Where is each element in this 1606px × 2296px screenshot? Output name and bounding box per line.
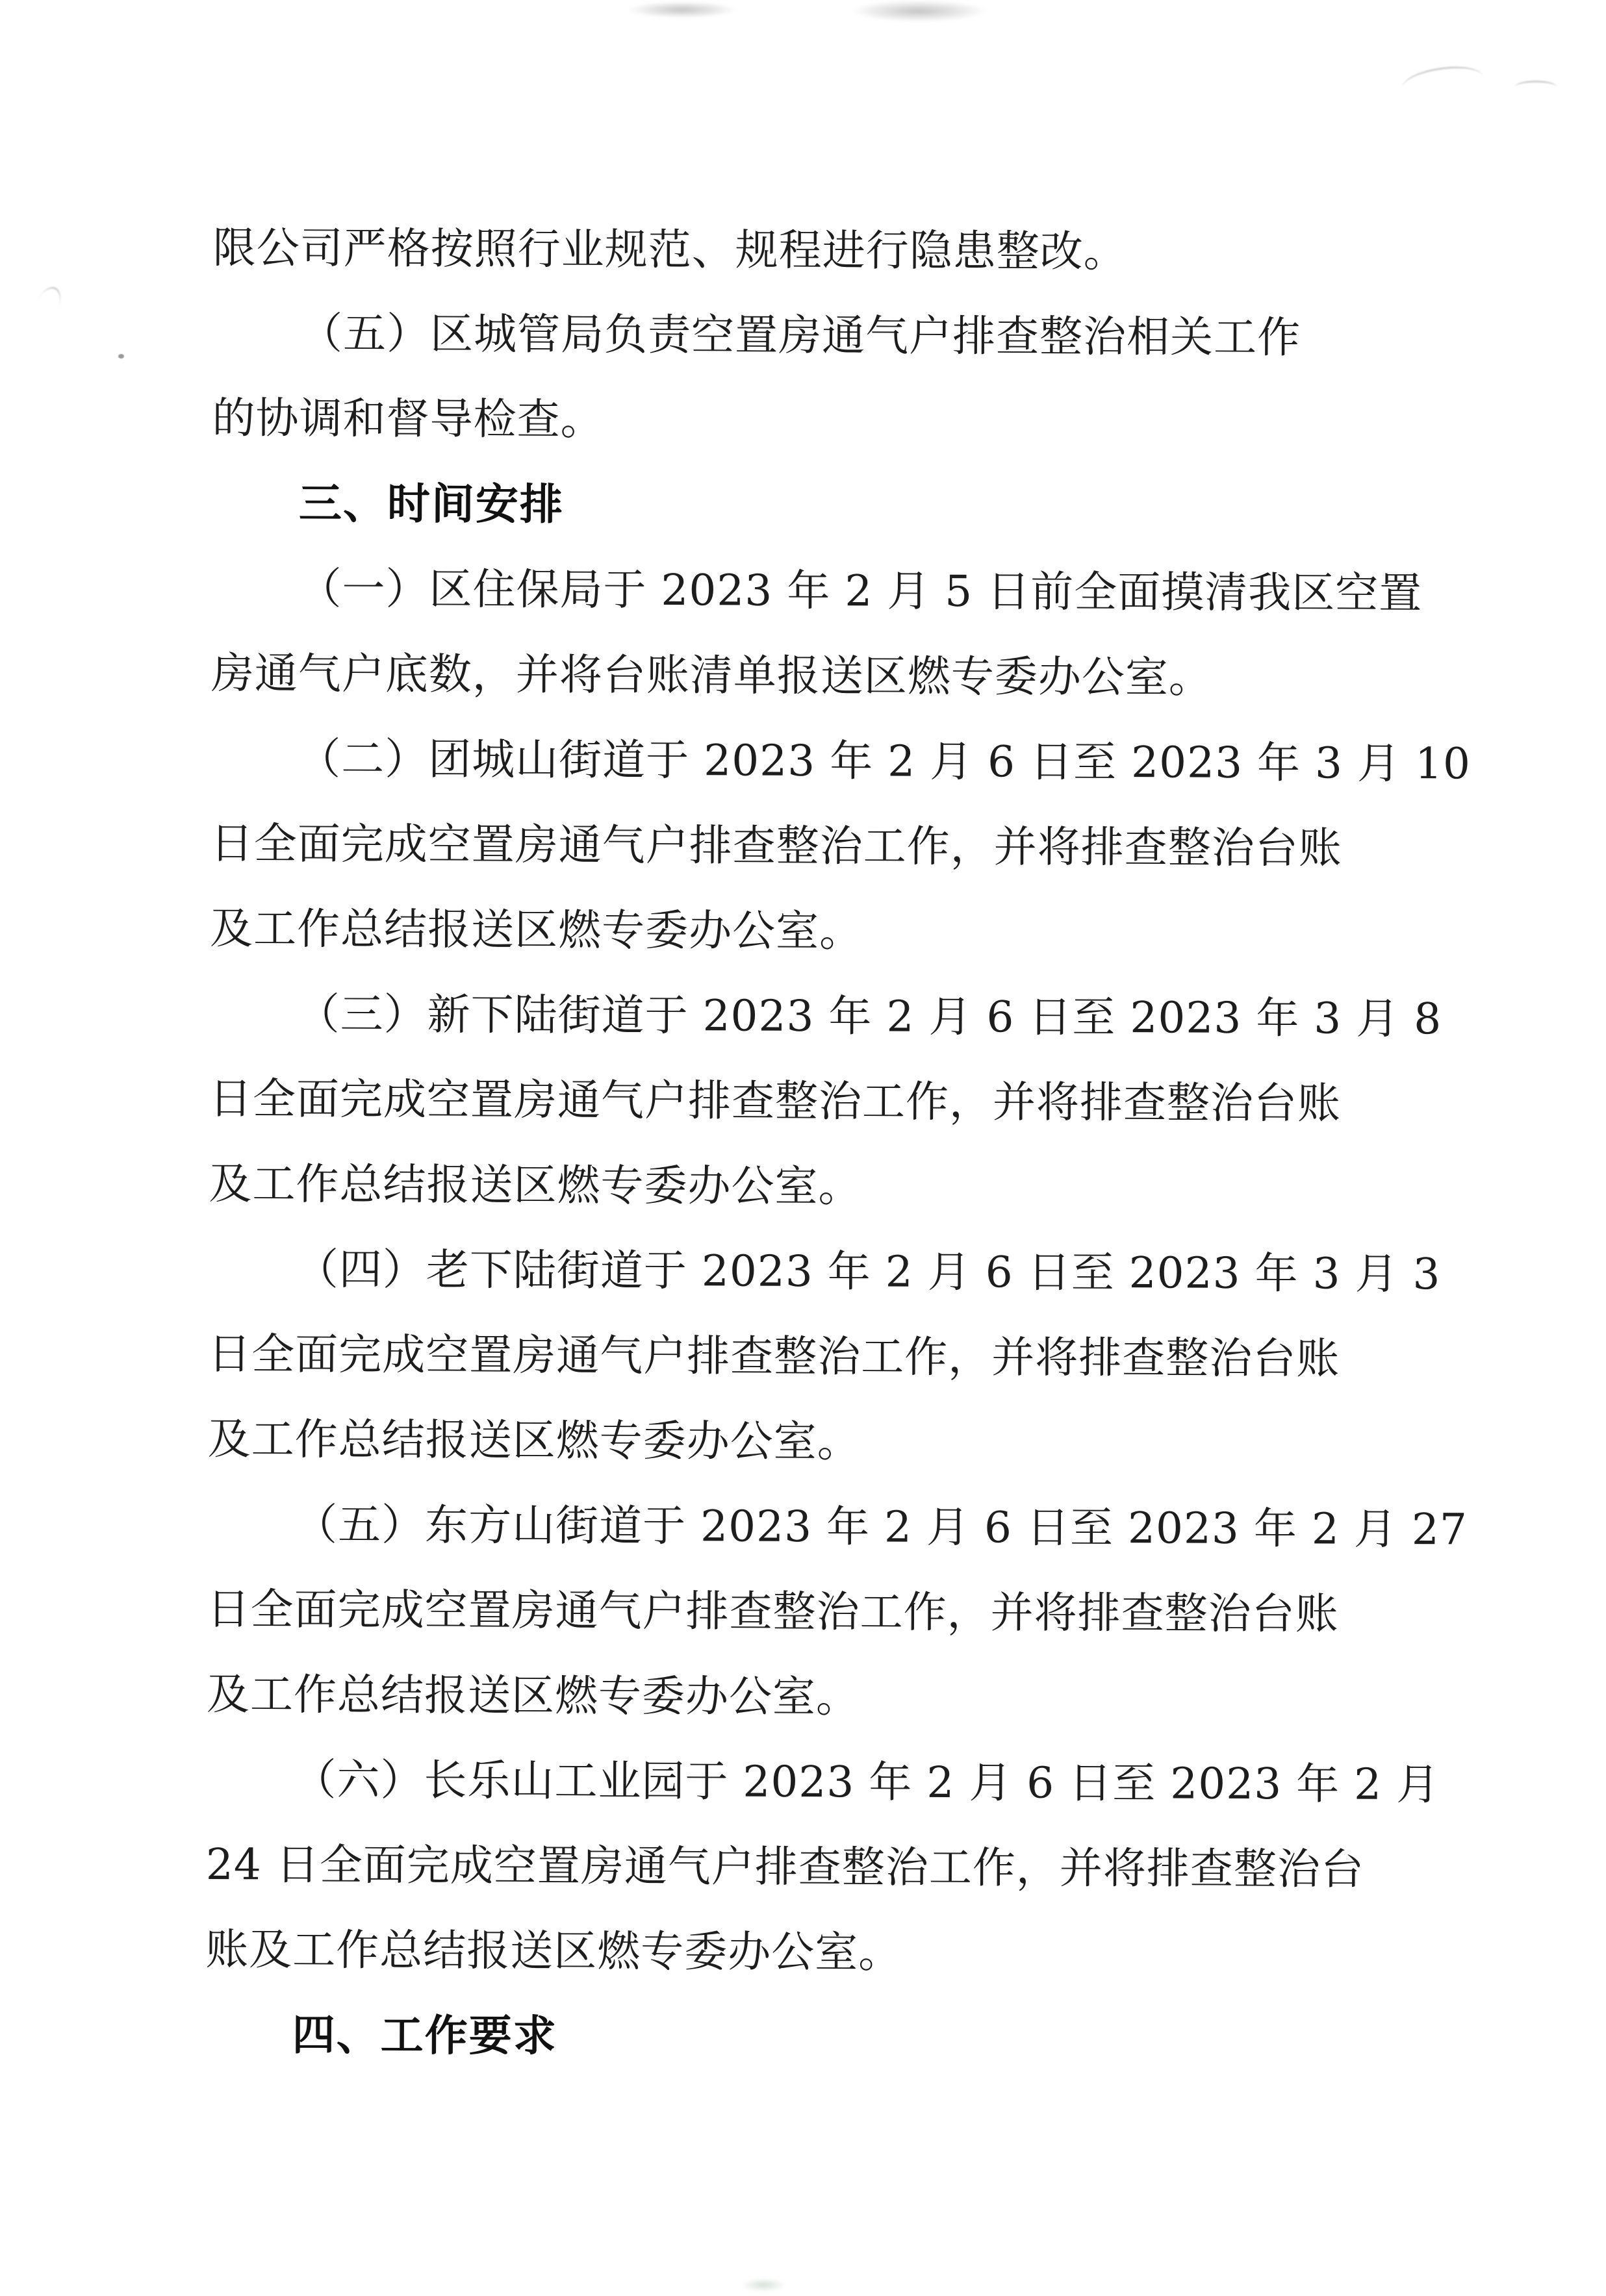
scanned-document-page: 限公司严格按照行业规范、规程进行隐患整改。 （五）区城管局负责空置房通气户排查整… bbox=[0, 0, 1606, 2296]
text-line: （四）老下陆街道于 2023 年 2 月 6 日至 2023 年 3 月 3 bbox=[209, 1226, 1353, 1317]
text-line: （二）团城山街道于 2023 年 2 月 6 日至 2023 年 3 月 10 bbox=[210, 716, 1355, 806]
text-line: 及工作总结报送区燃专委办公室。 bbox=[207, 1652, 1351, 1742]
text-line: 及工作总结报送区燃专委办公室。 bbox=[207, 1396, 1351, 1487]
scan-hairline bbox=[1515, 81, 1557, 93]
scan-hairline bbox=[29, 283, 66, 329]
text-line: （一）区住保局于 2023 年 2 月 5 日前全面摸清我区空置 bbox=[211, 546, 1355, 636]
text-line: 及工作总结报送区燃专委办公室。 bbox=[209, 1141, 1353, 1231]
text-line: 日全面完成空置房通气户排查整治工作，并将排查整治台账 bbox=[210, 801, 1354, 891]
section-heading-4: 四、工作要求 bbox=[205, 1992, 1349, 2082]
scan-smudge bbox=[851, 0, 988, 22]
text-line: 日全面完成空置房通气户排查整治工作，并将排查整治台账 bbox=[207, 1567, 1351, 1657]
text-line: （三）新下陆街道于 2023 年 2 月 6 日至 2023 年 3 月 8 bbox=[209, 971, 1353, 1061]
scan-hairline bbox=[1400, 62, 1485, 103]
text-line: 账及工作总结报送区燃专委办公室。 bbox=[205, 1907, 1349, 1997]
scan-smudge bbox=[627, 1, 737, 18]
document-body: 限公司严格按照行业规范、规程进行隐患整改。 （五）区城管局负责空置房通气户排查整… bbox=[205, 205, 1357, 2082]
text-line: 房通气户底数，并将台账清单报送区燃专委办公室。 bbox=[211, 631, 1355, 721]
text-line: 24 日全面完成空置房通气户排查整治工作，并将排查整治台 bbox=[206, 1822, 1350, 1912]
section-heading-3: 三、时间安排 bbox=[212, 460, 1356, 551]
scan-dot bbox=[118, 354, 124, 359]
text-line: （六）长乐山工业园于 2023 年 2 月 6 日至 2023 年 2 月 bbox=[206, 1737, 1350, 1827]
text-line: （五）东方山街道于 2023 年 2 月 6 日至 2023 年 2 月 27 bbox=[207, 1482, 1351, 1572]
scan-smudge bbox=[741, 2278, 786, 2291]
text-line: 限公司严格按照行业规范、规程进行隐患整改。 bbox=[212, 205, 1357, 296]
text-line: 的协调和督导检查。 bbox=[212, 375, 1356, 466]
text-line: 日全面完成空置房通气户排查整治工作，并将排查整治台账 bbox=[209, 1056, 1353, 1146]
text-line: 及工作总结报送区燃专委办公室。 bbox=[210, 886, 1354, 976]
text-line: 日全面完成空置房通气户排查整治工作，并将排查整治台账 bbox=[208, 1311, 1352, 1402]
text-line: （五）区城管局负责空置房通气户排查整治相关工作 bbox=[212, 290, 1357, 381]
